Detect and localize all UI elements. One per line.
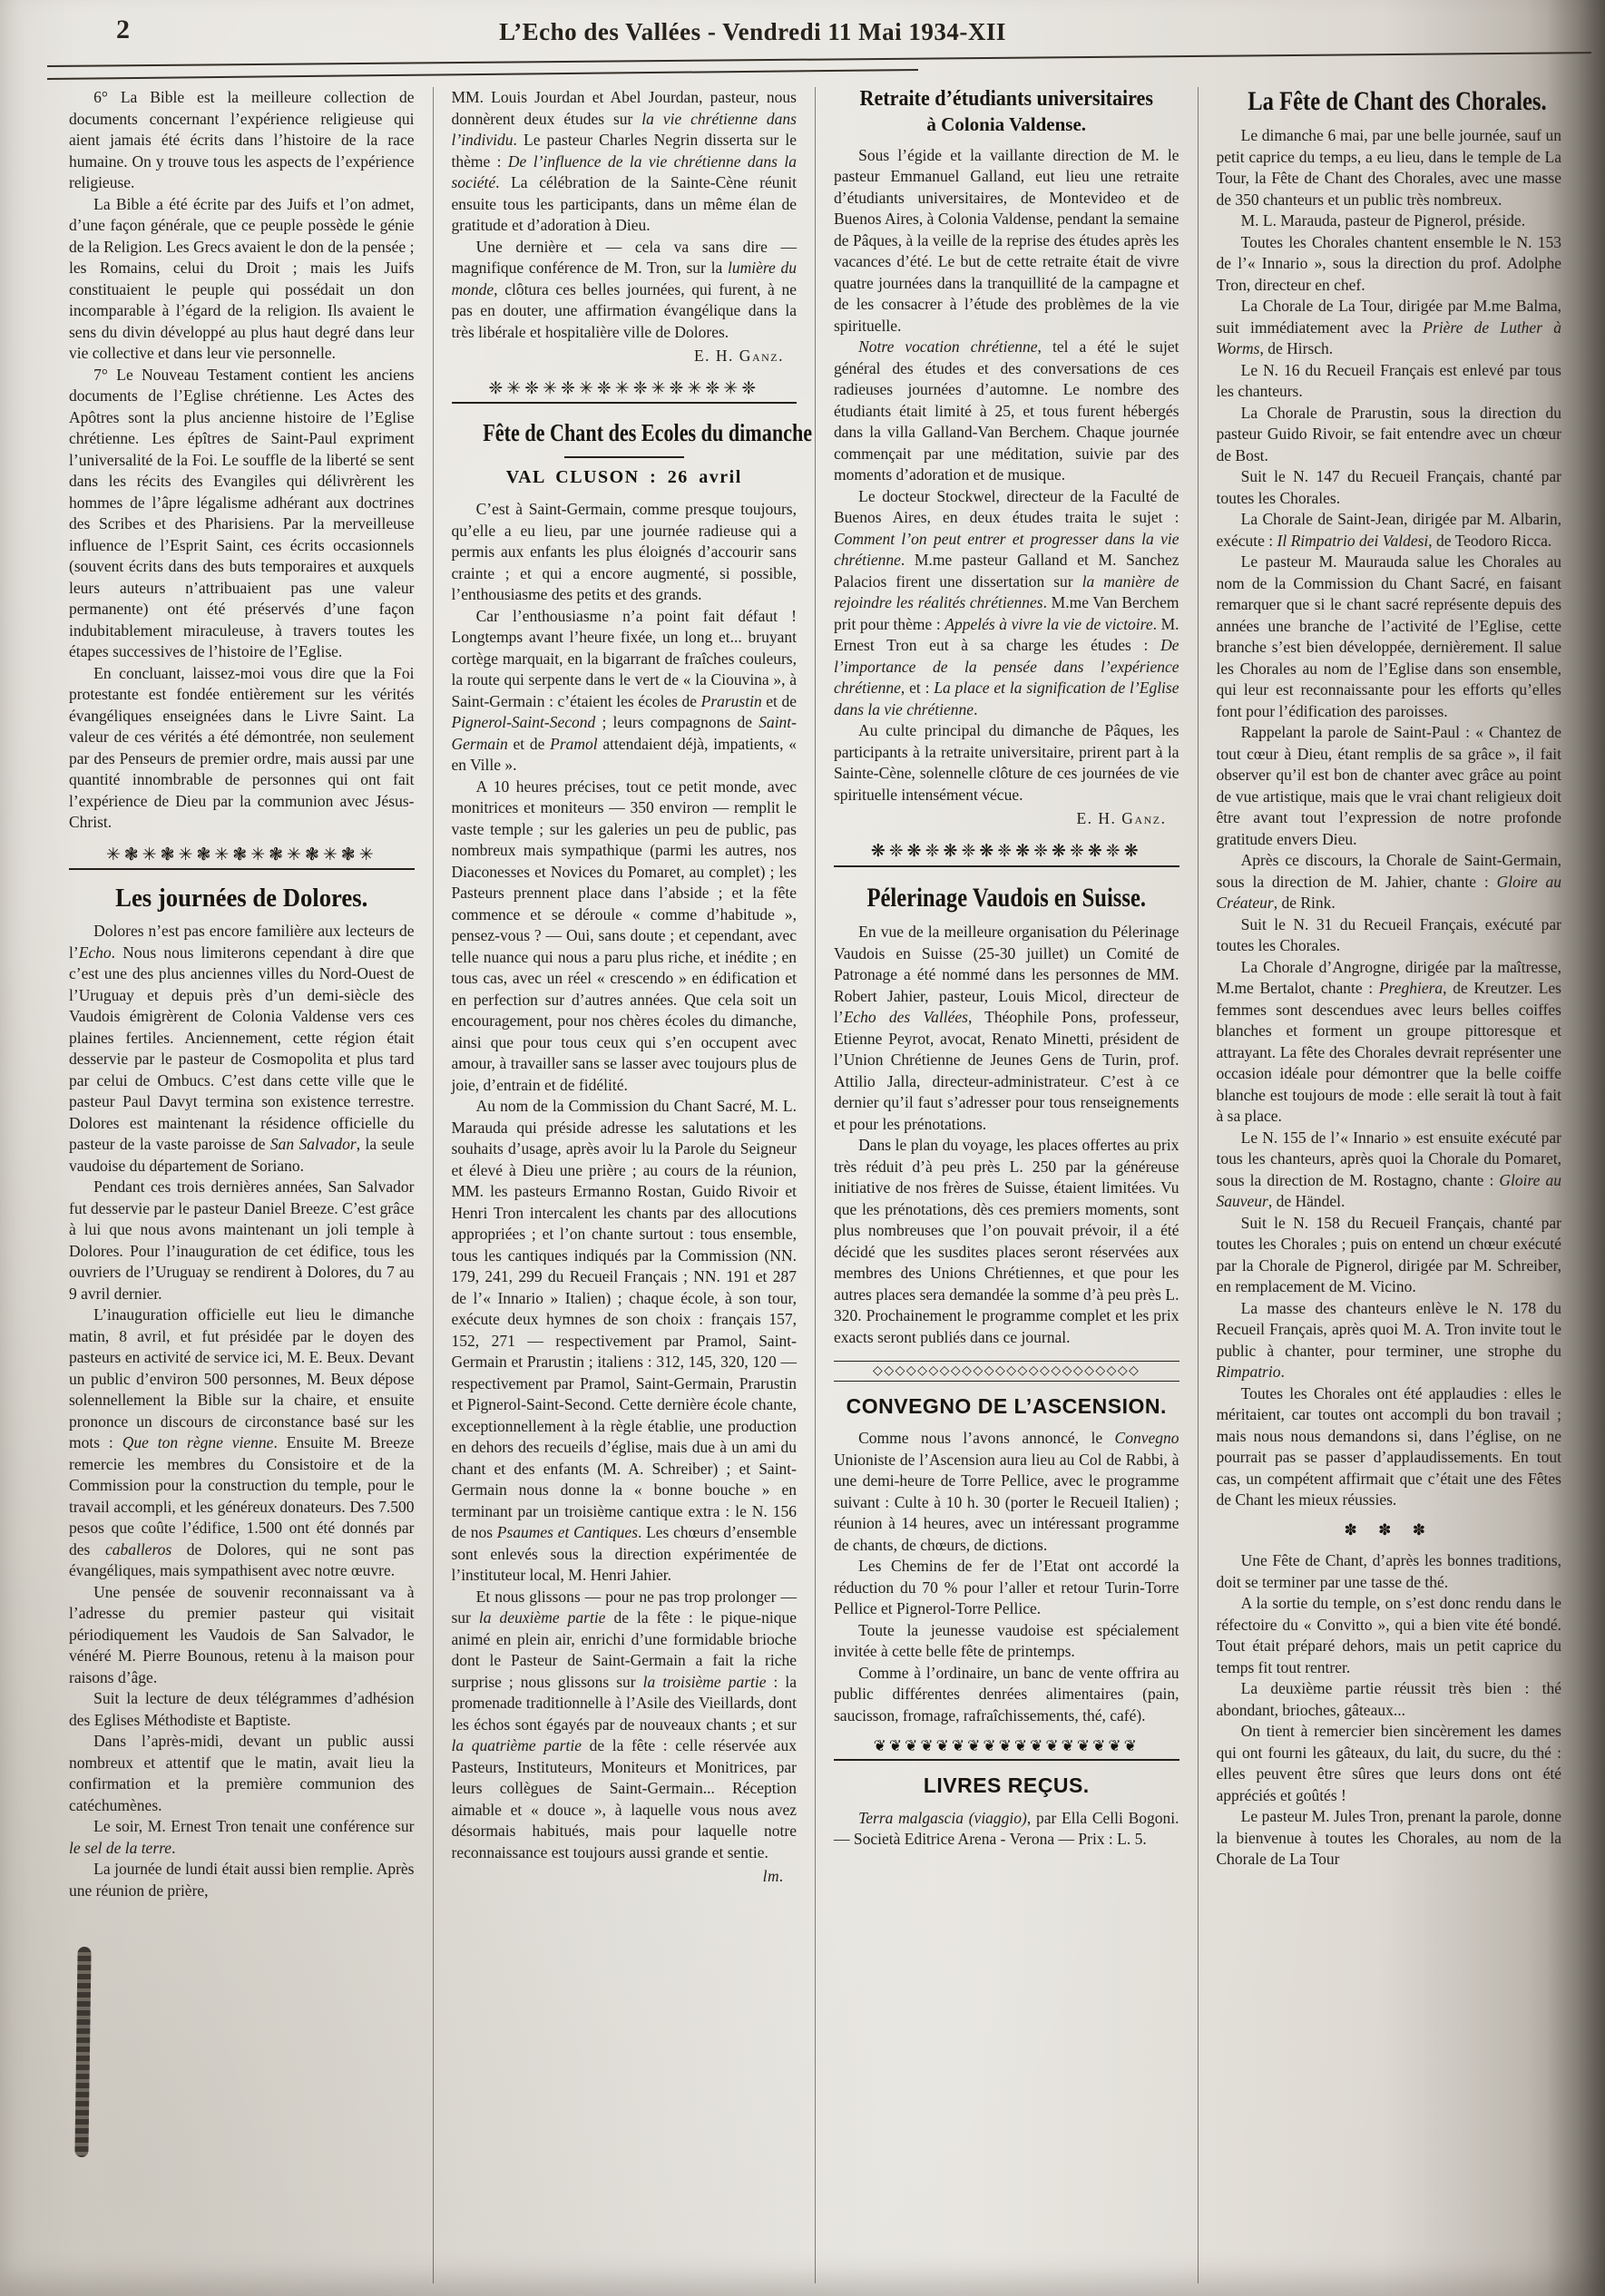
masthead-rule [47, 52, 1591, 67]
article-paragraph: Après ce discours, la Chorale de Saint-G… [1217, 850, 1562, 914]
article-paragraph: M. L. Marauda, pasteur de Pignerol, prés… [1217, 210, 1562, 232]
article-paragraph: Comme nous l’avons annoncé, le Convegno … [834, 1428, 1179, 1556]
article-paragraph: Au culte principal du dimanche de Pâques… [834, 720, 1179, 806]
article-paragraph: La journée de lundi était aussi bien rem… [69, 1859, 415, 1901]
article-paragraph: Comme à l’ordinaire, un banc de vente of… [834, 1663, 1179, 1727]
masthead-rule-secondary [47, 69, 918, 80]
article-paragraph: Les Chemins de fer de l’Etat ont accordé… [834, 1556, 1179, 1620]
article-paragraph: Suit le N. 31 du Recueil Français, exécu… [1217, 914, 1562, 957]
article-paragraph-continued: MM. Louis Jourdan et Abel Jourdan, paste… [452, 87, 798, 237]
newspaper-page: 2 L’Echo des Vallées - Vendredi 11 Mai 1… [0, 0, 1605, 2296]
article-paragraph: Le pasteur M. Maurauda salue les Chorale… [1217, 552, 1562, 722]
article-paragraph: Le dimanche 6 mai, par une belle journée… [1217, 125, 1562, 210]
article-paragraph: Et nous glissons — pour ne pas trop prol… [452, 1587, 798, 1864]
article-paragraph: La masse des chanteurs enlève le N. 178 … [1217, 1298, 1562, 1383]
article-headline: CONVEGNO DE L’ASCENSION. [834, 1396, 1179, 1418]
article-paragraph: La Bible a été écrite par des Juifs et l… [69, 194, 415, 365]
article-paragraph: Le N. 16 du Recueil Français est enlevé … [1217, 360, 1562, 403]
article-headline: LIVRES REÇUS. [834, 1775, 1179, 1797]
article-paragraph: Dolores n’est pas encore familière aux l… [69, 921, 415, 1177]
article-paragraph: Une pensée de souvenir reconnaissant va … [69, 1582, 415, 1689]
article-paragraph: Suit la lecture de deux télégrammes d’ad… [69, 1688, 415, 1731]
signature: E. H. Ganz. [834, 808, 1167, 830]
asterism-divider: ✽ ✽ ✽ [1217, 1520, 1562, 1542]
article-paragraph: La Chorale de Prarustin, sous la directi… [1217, 403, 1562, 467]
columns-container: 6° La Bible est la meilleure collection … [51, 87, 1580, 2283]
column-4: La Fête de Chant des Chorales.Le dimanch… [1198, 87, 1581, 2283]
article-paragraph: Dans le plan du voyage, les places offer… [834, 1135, 1179, 1348]
article-paragraph: La Chorale de Saint-Jean, dirigée par M.… [1217, 509, 1562, 552]
signature: lm. [452, 1866, 785, 1888]
article-paragraph: Le N. 155 de l’« Innario » est ensuite e… [1217, 1128, 1562, 1213]
article-headline: La Fête de Chant des Chorales. [1248, 87, 1531, 116]
section-kicker: VAL CLUSON : 26 avril [452, 467, 798, 489]
article-headline: Pélerinage Vaudois en Suisse. [865, 884, 1148, 913]
article-paragraph: Car l’enthousiasme n’a point fait défaut… [452, 606, 798, 777]
article-paragraph: Rappelant la parole de Saint-Paul : « Ch… [1217, 722, 1562, 850]
article-paragraph: Suit le N. 158 du Recueil Français, chan… [1217, 1213, 1562, 1298]
signature: E. H. Ganz. [452, 346, 785, 367]
ornament-divider: ✳❃✳❃✳❃✳❃✳❃✳❃✳❃✳ [69, 846, 415, 871]
page-edge-shadow [1547, 0, 1605, 2296]
article-paragraph: En concluant, laissez-moi vous dire que … [69, 663, 415, 834]
article-paragraph: Une dernière et — cela va sans dire — ma… [452, 237, 798, 344]
article-paragraph: Le docteur Stockwel, directeur de la Fac… [834, 486, 1179, 721]
article-paragraph: C’est à Saint-Germain, comme presque tou… [452, 499, 798, 606]
article-paragraph: 7° Le Nouveau Testament contient les anc… [69, 365, 415, 663]
column-1: 6° La Bible est la meilleure collection … [51, 87, 433, 2283]
article-paragraph: La deuxième partie réussit très bien : t… [1217, 1678, 1562, 1721]
column-2: MM. Louis Jourdan et Abel Jourdan, paste… [433, 87, 816, 2283]
headline-rule [564, 456, 684, 458]
article-paragraph: Pendant ces trois dernières années, San … [69, 1177, 415, 1304]
article-paragraph: La Chorale d’Angrogne, dirigée par la ma… [1217, 957, 1562, 1128]
article-paragraph: A 10 heures précises, tout ce petit mond… [452, 777, 798, 1097]
article-paragraph: Notre vocation chrétienne, tel a été le … [834, 337, 1179, 486]
article-paragraph: En vue de la meilleure organisation du P… [834, 922, 1179, 1135]
article-paragraph: Toutes les Chorales chantent ensemble le… [1217, 232, 1562, 297]
column-3: Retraite d’étudiants universitairesà Col… [815, 87, 1198, 2283]
article-headline: Fête de Chant des Ecoles du dimanche [483, 420, 766, 446]
article-paragraph: Suit le N. 147 du Recueil Français, chan… [1217, 466, 1562, 509]
masthead-title: L’Echo des Vallées - Vendredi 11 Mai 193… [0, 18, 1505, 46]
article-paragraph: Une Fête de Chant, d’après les bonnes tr… [1217, 1550, 1562, 1593]
article-paragraph: A la sortie du temple, on s’est donc ren… [1217, 1593, 1562, 1678]
ornament-divider: ❦❦❦❦❦❦❦❦❦❦❦❦❦❦❦❦❦ [834, 1739, 1179, 1761]
article-paragraph: Dans l’après-midi, devant un public auss… [69, 1731, 415, 1816]
ornament-divider: ❋❈❋❈❋❈❋❈❋❈❋❈❋❈❋ [834, 843, 1179, 867]
article-paragraph: L’inauguration officielle eut lieu le di… [69, 1304, 415, 1582]
article-paragraph: 6° La Bible est la meilleure collection … [69, 87, 415, 194]
article-headline: Retraite d’étudiants universitaires [847, 87, 1165, 111]
ornament-divider: ❈✳❈✳❈✳❈✳❈✳❈✳❈✳❈ [452, 380, 798, 405]
article-paragraph: Au nom de la Commission du Chant Sacré, … [452, 1096, 798, 1587]
ornament-divider: ◇◇◇◇◇◇◇◇◇◇◇◇◇◇◇◇◇◇◇◇◇◇◇◇ [834, 1361, 1179, 1382]
article-subheadline: à Colonia Valdense. [834, 114, 1179, 136]
article-paragraph: Le pasteur M. Jules Tron, prenant la par… [1217, 1806, 1562, 1871]
article-paragraph: La Chorale de La Tour, dirigée par M.me … [1217, 296, 1562, 360]
article-paragraph: Le soir, M. Ernest Tron tenait une confé… [69, 1816, 415, 1859]
article-paragraph: On tient à remercier bien sincèrement le… [1217, 1721, 1562, 1806]
article-paragraph: Toutes les Chorales ont été applaudies :… [1217, 1383, 1562, 1511]
article-paragraph: Toute la jeunesse vaudoise est spécialem… [834, 1620, 1179, 1663]
article-paragraph: Sous l’égide et la vaillante direction d… [834, 145, 1179, 337]
article-paragraph: Terra malgascia (viaggio), par Ella Cell… [834, 1808, 1179, 1851]
article-headline: Les journées de Dolores. [83, 884, 400, 914]
